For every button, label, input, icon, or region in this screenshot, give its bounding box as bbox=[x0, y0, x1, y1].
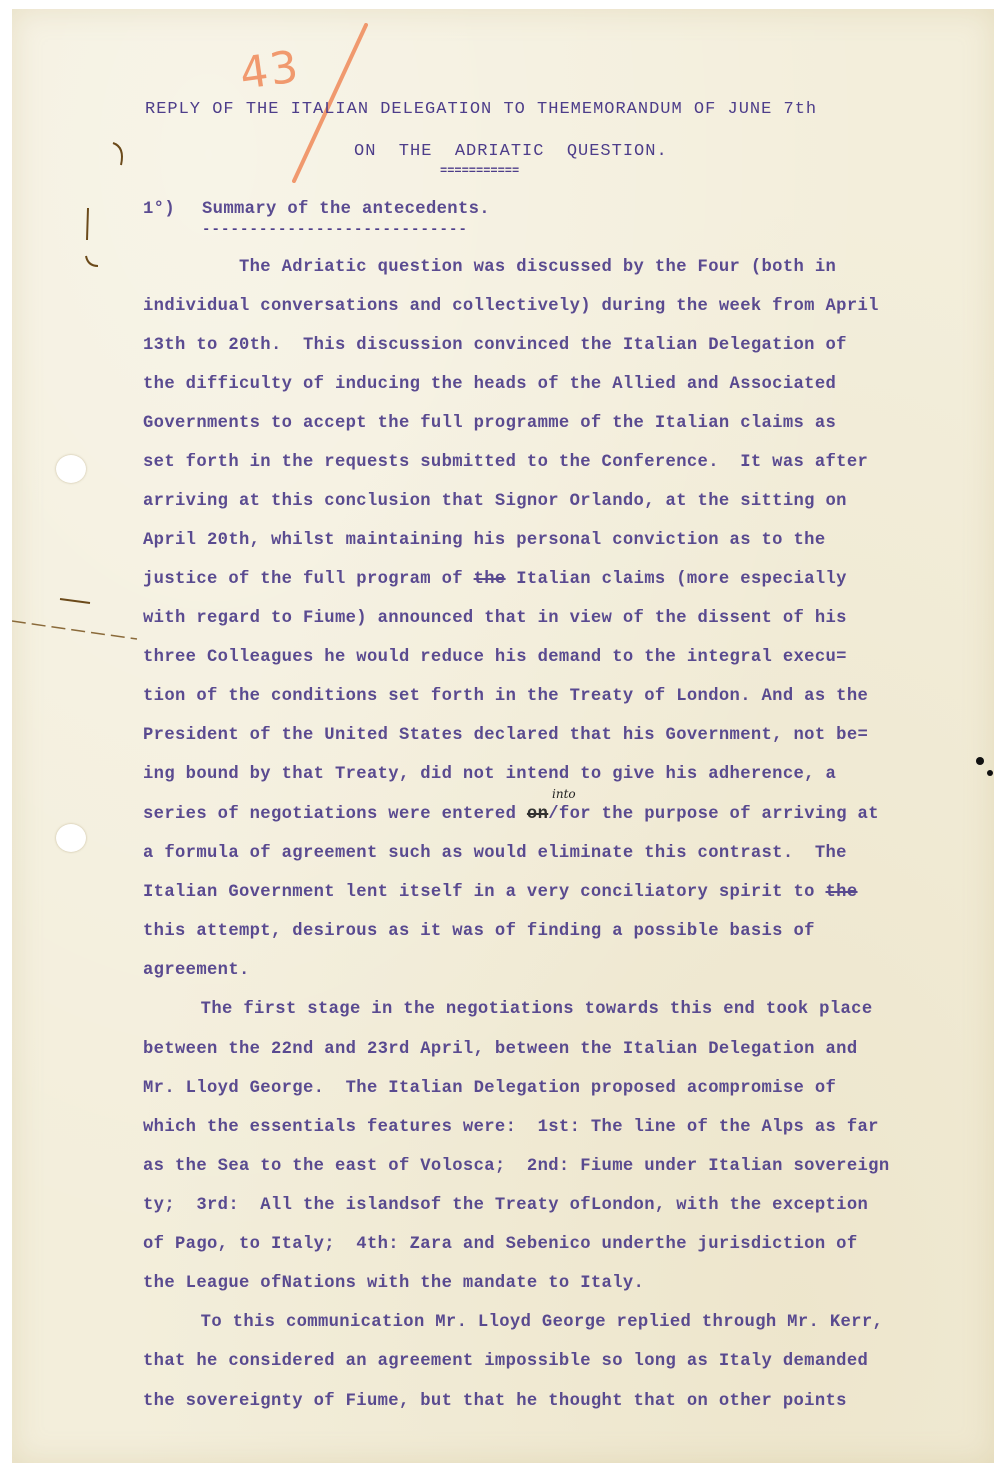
p1-line-19: agreement. bbox=[143, 961, 250, 980]
p1-line-1: The Adriatic question was discussed by t… bbox=[143, 258, 836, 277]
p1-line-10: with regard to Fiume) announced that in … bbox=[143, 609, 847, 628]
p1-line-4: the difficulty of inducing the heads of … bbox=[143, 375, 836, 394]
p1-line-7: arriving at this conclusion that Signor … bbox=[143, 492, 847, 511]
p3-line-3: the sovereignty of Fiume, but that he th… bbox=[143, 1392, 847, 1411]
document-title-line2: ON THE ADRIATIC QUESTION. bbox=[354, 142, 668, 161]
struck-word-on: on bbox=[527, 805, 548, 824]
p3-line-1: To this communication Mr. Lloyd George r… bbox=[158, 1313, 883, 1332]
p2-line-4: which the essentials features were: 1st:… bbox=[143, 1118, 879, 1137]
p1-line-15: series of negotiations were entered on/f… bbox=[143, 805, 879, 824]
margin-crease-marks bbox=[12, 579, 162, 649]
margin-mark-top bbox=[107, 139, 137, 179]
punch-hole-2 bbox=[56, 824, 86, 852]
p2-line-2: between the 22nd and 23rd April, between… bbox=[143, 1040, 858, 1059]
p1-line-9-start: justice of the full program of bbox=[143, 570, 474, 589]
section-heading-underline: ---------------------------- bbox=[202, 222, 468, 238]
p1-line-12: tion of the conditions set forth in the … bbox=[143, 687, 868, 706]
p2-line-6: ty; 3rd: All the islandsof the Treaty of… bbox=[143, 1196, 868, 1215]
p1-line-3: 13th to 20th. This discussion convinced … bbox=[143, 336, 847, 355]
p1-line-9: justice of the full program of the Itali… bbox=[143, 570, 847, 589]
struck-word-the-2: the bbox=[826, 883, 858, 902]
p1-line-17-start: Italian Government lent itself in a very… bbox=[143, 883, 826, 902]
document-title-line1: REPLY OF THE ITALIAN DELEGATION TO THEME… bbox=[145, 100, 817, 119]
p1-line-13: President of the United States declared … bbox=[143, 726, 868, 745]
p1-line-9-rest: Italian claims (more especially bbox=[506, 570, 847, 589]
struck-word-the: the bbox=[474, 570, 506, 589]
p2-line-7: of Pago, to Italy; 4th: Zara and Sebenic… bbox=[143, 1235, 858, 1254]
p1-line-16: a formula of agreement such as would eli… bbox=[143, 844, 847, 863]
margin-bracket-mark bbox=[82, 204, 112, 284]
p1-line-8: April 20th, whilst maintaining his perso… bbox=[143, 531, 826, 550]
p2-line-8: the League ofNations with the mandate to… bbox=[143, 1274, 644, 1293]
handwritten-insertion-into: into bbox=[552, 787, 576, 801]
p1-line-14: ing bound by that Treaty, did not intend… bbox=[143, 765, 836, 784]
p2-line-1: The first stage in the negotiations towa… bbox=[158, 1000, 873, 1019]
p1-line-18: this attempt, desirous as it was of find… bbox=[143, 922, 815, 941]
p1-line-15-rest: /for the purpose of arriving at bbox=[548, 805, 879, 824]
p1-line-15-start: series of negotiations were entered bbox=[143, 805, 527, 824]
p1-line-5: Governments to accept the full programme… bbox=[143, 414, 836, 433]
p2-line-5: as the Sea to the east of Volosca; 2nd: … bbox=[143, 1157, 890, 1176]
punch-hole-1 bbox=[56, 455, 86, 483]
section-heading-number: 1°) bbox=[143, 200, 175, 219]
p1-line-11: three Colleagues he would reduce his dem… bbox=[143, 648, 847, 667]
p1-line-6: set forth in the requests submitted to t… bbox=[143, 453, 868, 472]
section-heading: Summary of the antecedents. bbox=[202, 200, 490, 219]
p1-line-17: Italian Government lent itself in a very… bbox=[143, 883, 858, 902]
p1-line-2: individual conversations and collectivel… bbox=[143, 297, 879, 316]
p2-line-3: Mr. Lloyd George. The Italian Delegation… bbox=[143, 1079, 836, 1098]
ink-dots-right bbox=[972, 749, 1000, 789]
title-underline: =========== bbox=[440, 164, 519, 178]
p3-line-2: that he considered an agreement impossib… bbox=[143, 1352, 868, 1371]
